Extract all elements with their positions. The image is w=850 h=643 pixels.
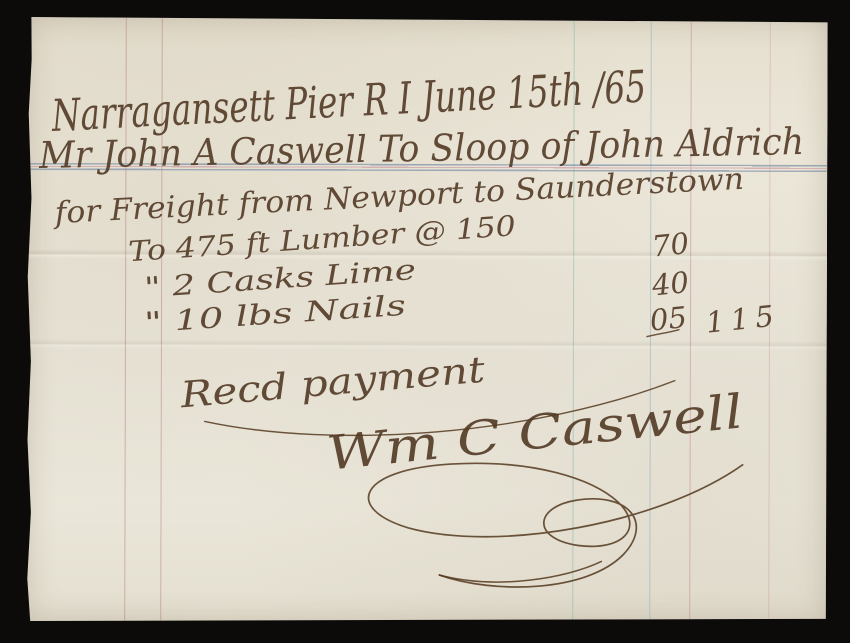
scan-background: Narragansett Pier R I June 15th /65 Mr J… bbox=[0, 0, 850, 643]
signature: Wm C Caswell bbox=[324, 384, 745, 481]
handwriting-layer: Narragansett Pier R I June 15th /65 Mr J… bbox=[26, 17, 828, 623]
signature-flourish bbox=[368, 463, 742, 588]
item-2-amount: 40 bbox=[649, 265, 690, 303]
receipt-paper: Narragansett Pier R I June 15th /65 Mr J… bbox=[26, 17, 828, 623]
total-amount: 1 1 5 bbox=[704, 299, 775, 340]
item-1-amount: 70 bbox=[650, 226, 690, 264]
received-payment-line: Recd payment bbox=[178, 350, 487, 417]
